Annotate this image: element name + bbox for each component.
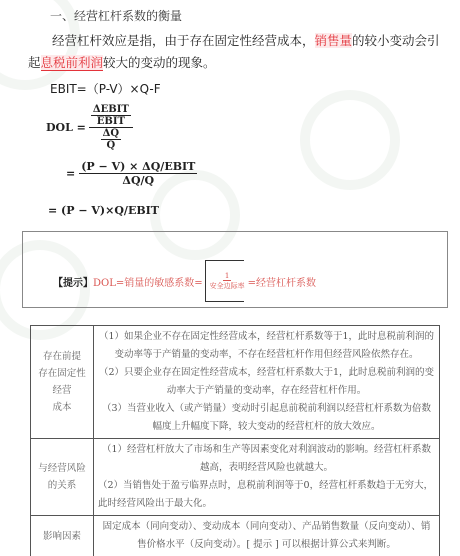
ebit-formula: EBIT=（P-V）×Q-F [50, 80, 161, 97]
hint-fraction-bracket: 1 安全边际率 [205, 260, 246, 302]
dol-summary-table: 存在前提 存在固定性 经营 成本 （1）如果企业不存在固定性经营成本，经营杠杆系… [30, 325, 440, 556]
row-content: （1）如果企业不存在固定性经营成本，经营杠杆系数等于1，此时息税前利润的变动率等… [94, 326, 440, 439]
row-label: 与经营风险 的关系 [31, 439, 94, 516]
table-row: 影响因素 固定成本（同向变动）、变动成本（同向变动）、产品销售数量（反向变动）、… [31, 516, 440, 556]
hint-box: 【提示】 DOL=销量的敏感系数= 1 安全边际率 =经营杠杆系数 [22, 231, 448, 308]
row-label: 存在前提 存在固定性 经营 成本 [31, 326, 94, 439]
highlight-ebit: 息税前利润 [41, 55, 104, 71]
list-item: （1）如果企业不存在固定性经营成本，经营杠杆系数等于1，此时息税前利润的变动率等… [98, 328, 435, 364]
list-item: （2）只要企业存在固定性经营成本，经营杠杆系数大于1，此时息税前利润的变动率大于… [98, 364, 435, 400]
row-content: 固定成本（同向变动）、变动成本（同向变动）、产品销售数量（反向变动）、销售价格水… [94, 516, 440, 556]
dol-lhs: DOL = [46, 121, 86, 134]
dol-den-den: Q [105, 140, 118, 151]
dol-num-den: EBIT [95, 116, 127, 127]
eq2-numerator: (P − V) × ΔQ/EBIT [79, 160, 197, 174]
table-row: 存在前提 存在固定性 经营 成本 （1）如果企业不存在固定性经营成本，经营杠杆系… [31, 326, 440, 439]
row-label: 影响因素 [31, 516, 94, 556]
dol-formula-expanded: = (P − V) × ΔQ/EBIT ΔQ/Q [66, 160, 197, 187]
hint-text: =经营杠杆系数 [248, 274, 316, 289]
list-item: （2）当销售处于盈亏临界点时，息税前利润等于0，经营杠杆系数趋于无穷大，此时经营… [98, 477, 435, 513]
dol-den-num: ΔQ [101, 128, 121, 140]
watermark-logo [300, 90, 400, 190]
intro-text: 较大的变动的现象。 [103, 55, 216, 70]
hint-content: 【提示】 DOL=销量的敏感系数= 1 安全边际率 =经营杠杆系数 [53, 260, 316, 302]
intro-paragraph: 经营杠杆效应是指，由于存在固定性经营成本，销售量的较小变动会引起息税前利润较大的… [28, 30, 444, 74]
eq2-denominator: ΔQ/Q [120, 174, 156, 187]
dol-formula: DOL = ΔEBIT EBIT ΔQ Q [46, 104, 133, 151]
table-row: 与经营风险 的关系 （1）经营杠杆放大了市场和生产等因素变化对利润波动的影响。经… [31, 439, 440, 516]
hint-tag: 【提示】 [53, 274, 93, 289]
list-item: 固定成本（同向变动）、变动成本（同向变动）、产品销售数量（反向变动）、销售价格水… [98, 518, 435, 554]
dol-num-num: ΔEBIT [91, 104, 131, 116]
list-item: （3）当营业收入（或产销量）变动时引起息前税前利润以经营杠杆系数为倍数幅度上升幅… [98, 400, 435, 436]
dol-fraction: ΔEBIT EBIT ΔQ Q [89, 104, 133, 151]
section-heading: 一、经营杠杆系数的衡量 [50, 7, 182, 24]
intro-text: 经营杠杆效应是指，由于存在固定性经营成本， [52, 33, 315, 48]
highlight-sales-volume: 销售量 [315, 33, 353, 48]
dol-formula-simplified: = (P − V)×Q/EBIT [48, 204, 159, 217]
list-item: （1）经营杠杆放大了市场和生产等因素变化对利润波动的影响。经营杠杆系数越高，表明… [98, 441, 435, 477]
hint-fraction: 1 安全边际率 [210, 272, 245, 291]
hint-text: DOL=销量的敏感系数= [93, 274, 203, 289]
row-content: （1）经营杠杆放大了市场和生产等因素变化对利润波动的影响。经营杠杆系数越高，表明… [94, 439, 440, 516]
